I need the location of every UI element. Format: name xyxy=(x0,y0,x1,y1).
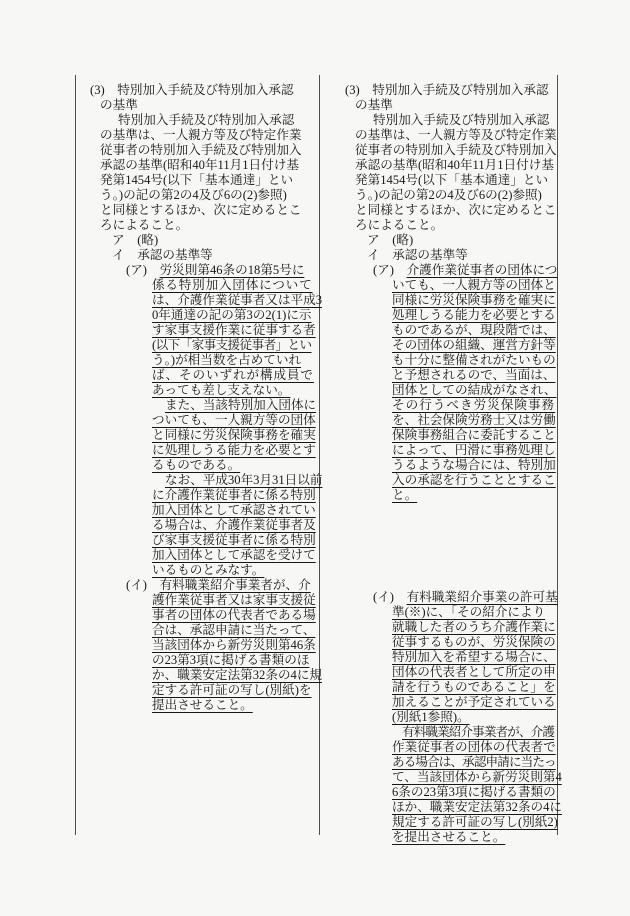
text-line: 従事者の特別加入手続及び特別加入 xyxy=(345,143,556,158)
underlined-text-segment: 有料職業紹介事業者が、介 xyxy=(160,578,311,592)
underlined-text-segment: 提出させること。 xyxy=(152,698,253,712)
text-line: 係る特別加入団体について xyxy=(90,278,318,293)
text-line: 有料職業紹介事業者が、介護 xyxy=(345,725,556,740)
text-line: 当該団体から新労災則第46条 xyxy=(90,638,318,653)
underlined-text-segment: と同様に労災保険事務を確実 xyxy=(152,428,316,442)
text-line: ば、そのいずれが構成員で xyxy=(90,368,318,383)
underlined-text-segment: 加入団体として承認を受けて xyxy=(152,548,316,562)
underlined-text-segment: 合は、承認申請に当たって、 xyxy=(152,623,315,637)
text-line: 加入団体として承認されてい xyxy=(90,503,318,518)
text-segment: ア (略) xyxy=(367,233,413,247)
text-line: るものである。 xyxy=(90,458,318,473)
text-segment: 従事者の特別加入手続及び特別加入 xyxy=(100,143,302,157)
text-line: 請を行うものであること」を xyxy=(345,680,556,695)
text-line: 合は、承認申請に当たって、 xyxy=(90,623,318,638)
text-segment: 発第1454号(以下「基本通達」とい xyxy=(100,173,293,187)
text-segment: う。)の記の第2の4及び6の(2)参照) xyxy=(100,188,287,202)
underlined-text-segment: あっても差し支えない。 xyxy=(152,383,290,397)
text-line: う。)の記の第2の4及び6の(2)参照) xyxy=(345,188,556,203)
text-line: 団体の代表者として所定の申 xyxy=(345,665,556,680)
text-line: か、職業安定法第32条の4に規 xyxy=(90,668,318,683)
text-segment: ろによること。 xyxy=(355,218,443,232)
underlined-text-segment: ほか、職業安定法第32条の4に xyxy=(392,800,562,814)
underlined-text-segment: 入の承認を行うこととするこ xyxy=(392,473,556,487)
text-line: の基準 xyxy=(90,98,318,113)
underlined-text-segment: 就職した者のうち介護作業に xyxy=(392,620,556,634)
underlined-text-segment: は、介護作業従事者又は平成3 xyxy=(152,293,322,307)
underlined-text-segment: その行うべき労災保険事務 xyxy=(392,398,555,412)
text-line: 6条の23第3項に掲げる書類の xyxy=(345,785,556,800)
text-segment: の基準 xyxy=(355,98,393,112)
text-line: 入の承認を行うこととするこ xyxy=(345,473,556,488)
text-line: 準(※)に、「その紹介により xyxy=(345,605,556,620)
text-line: 特別加入を希望する場合に、 xyxy=(345,650,556,665)
text-line: 団体としての結成がなされ、 xyxy=(345,383,556,398)
underlined-text-segment: 有料職業紹介事業者が、介護 xyxy=(402,725,554,739)
text-line: 特別加入手続及び特別加入承認 xyxy=(90,113,318,128)
text-line: (イ) 有料職業紹介事業者が、介 xyxy=(90,578,318,593)
text-line: (イ) 有料職業紹介事業の許可基 xyxy=(345,590,556,605)
underlined-text-segment: 処理しうる能力を必要とする xyxy=(392,308,556,322)
text-line: と。 xyxy=(345,488,556,503)
text-line: び家事支援従事者に係る特別 xyxy=(90,533,318,548)
text-line: に処理しうる能力を必要とす xyxy=(90,443,318,458)
text-line: ろによること。 xyxy=(345,218,556,233)
text-line: う。)が相当数を占めていれ xyxy=(90,353,318,368)
underlined-text-segment: と。 xyxy=(392,488,417,502)
text-segment: (3) 特別加入手続及び特別加入承認 xyxy=(345,83,549,97)
text-line: (別紙1参照)。 xyxy=(345,710,556,725)
underlined-text-segment: 従事するものが、労災保険の xyxy=(392,635,556,649)
underlined-text-segment: その団体の組織、運営方針等 xyxy=(392,338,556,352)
text-line: ア (略) xyxy=(345,233,556,248)
underlined-text-segment: 団体の代表者として所定の申 xyxy=(392,665,556,679)
text-segment: イ 承認の基準等 xyxy=(112,248,213,262)
text-line: 加えることが予定されている xyxy=(345,695,556,710)
text-line: 承認の基準(昭和40年11月1日付け基 xyxy=(90,158,318,173)
underlined-text-segment: す家事支援作業に従事する者 xyxy=(152,323,316,337)
underlined-text-segment: いても、一人親方等の団体と xyxy=(392,278,556,292)
text-line: その団体の組織、運営方針等 xyxy=(345,338,556,353)
underlined-text-segment: か、職業安定法第32条の4に規 xyxy=(152,668,322,682)
text-segment: 発第1454号(以下「基本通達」とい xyxy=(355,173,548,187)
underlined-text-segment: 加えることが予定されている xyxy=(392,695,556,709)
text-line: う。)の記の第2の4及び6の(2)参照) xyxy=(90,188,318,203)
text-line: (ア) 介護作業従事者の団体につ xyxy=(345,263,556,278)
text-line: 0年通達の記の第3の2(1)に示 xyxy=(90,308,318,323)
underlined-text-segment: 当該団体から新労災則第46条 xyxy=(152,638,316,652)
underlined-text-segment: も十分に整備されがたいもの xyxy=(392,353,556,367)
text-line: と同様に労災保険事務を確実 xyxy=(90,428,318,443)
text-line: 事者の団体の代表者である場 xyxy=(90,608,318,623)
underlined-text-segment: 特別加入を希望する場合に、 xyxy=(392,650,556,664)
text-line: の基準 xyxy=(345,98,556,113)
text-line: ア (略) xyxy=(90,233,318,248)
text-line: イ 承認の基準等 xyxy=(90,248,318,263)
left-column-rule xyxy=(75,75,76,835)
text-line: 発第1454号(以下「基本通達」とい xyxy=(345,173,556,188)
text-line: うるような場合には、特別加 xyxy=(345,458,556,473)
underlined-text-segment: 加入団体として承認されてい xyxy=(152,503,316,517)
underlined-text-segment: 労災則第46条の18第5号に xyxy=(160,263,305,277)
text-line: と同様とするほか、次に定めるとこ xyxy=(345,203,556,218)
text-segment: の基準は、一人親方等及び特定作業 xyxy=(100,128,302,142)
underlined-text-segment: 有料職業紹介事業の許可基 xyxy=(407,590,558,604)
underlined-text-segment: るものである。 xyxy=(152,458,240,472)
underlined-text-segment: 0年通達の記の第3の2(1)に示 xyxy=(152,308,312,322)
text-line: て、当該団体から新労災則第4 xyxy=(345,770,556,785)
text-line: も十分に整備されがたいもの xyxy=(345,353,556,368)
text-line: 定する許可証の写し(別紙)を xyxy=(90,683,318,698)
text-line: (ア) 労災則第46条の18第5号に xyxy=(90,263,318,278)
text-segment: 承認の基準(昭和40年11月1日付け基 xyxy=(100,158,299,172)
text-line: 同様に労災保険事務を確実に xyxy=(345,293,556,308)
underlined-text-segment: ついても、一人親方等の団体 xyxy=(152,413,316,427)
text-line: の23第3項に掲げる書類のほ xyxy=(90,653,318,668)
text-line: いても、一人親方等の団体と xyxy=(345,278,556,293)
text-segment: と同様とするほか、次に定めるとこ xyxy=(355,203,557,217)
text-line: (以下「家事支援従事者」とい xyxy=(90,338,318,353)
text-line: 就職した者のうち介護作業に xyxy=(345,620,556,635)
underlined-text-segment: によって、円滑に事務処理し xyxy=(392,443,555,457)
text-segment: 特別加入手続及び特別加入承認 xyxy=(118,113,294,127)
text-line: 従事者の特別加入手続及び特別加入 xyxy=(90,143,318,158)
text-segment: と同様とするほか、次に定めるとこ xyxy=(100,203,302,217)
underlined-text-segment: (別紙1参照)。 xyxy=(392,710,470,724)
text-segment: イ 承認の基準等 xyxy=(367,248,468,262)
text-line: イ 承認の基準等 xyxy=(345,248,556,263)
column-divider-rule xyxy=(319,75,320,835)
underlined-text-segment: いるものとみなす。 xyxy=(152,563,264,577)
text-line: は、介護作業従事者又は平成3 xyxy=(90,293,318,308)
underlined-text-segment: 事者の団体の代表者である場 xyxy=(152,608,316,622)
underlined-text-segment: を、社会保険労務士又は労働 xyxy=(392,413,556,427)
text-line: なお、平成30年3月31日以前 xyxy=(90,473,318,488)
text-line: の基準は、一人親方等及び特定作業 xyxy=(345,128,556,143)
underlined-text-segment: 規定する許可証の写し(別紙2) xyxy=(392,815,558,829)
right-column-rule xyxy=(557,75,558,835)
text-line: によって、円滑に事務処理し xyxy=(345,443,556,458)
text-segment: 承認の基準(昭和40年11月1日付け基 xyxy=(355,158,554,172)
underlined-text-segment: 団体としての結成がなされ、 xyxy=(392,383,556,397)
text-segment: ア (略) xyxy=(112,233,158,247)
text-line: また、当該特別加入団体に xyxy=(90,398,318,413)
text-segment: 特別加入手続及び特別加入承認 xyxy=(373,113,549,127)
right-text-column: (3) 特別加入手続及び特別加入承認の基準特別加入手続及び特別加入承認の基準は、… xyxy=(345,83,556,845)
underlined-text-segment: 介護作業従事者の団体につ xyxy=(407,263,558,277)
text-line: 加入団体として承認を受けて xyxy=(90,548,318,563)
underlined-text-segment: 準(※)に、「その紹介により xyxy=(392,605,545,619)
text-line: と予想されるので、当面は、 xyxy=(345,368,556,383)
underlined-text-segment: の23第3項に掲げる書類のほ xyxy=(152,653,309,667)
text-line: 従事するものが、労災保険の xyxy=(345,635,556,650)
text-segment: (ア) xyxy=(126,263,160,277)
underlined-text-segment: と予想されるので、当面は、 xyxy=(392,368,555,382)
underlined-text-segment: び家事支援従事者に係る特別 xyxy=(152,533,316,547)
text-segment: (イ) xyxy=(373,590,407,604)
text-line: 発第1454号(以下「基本通達」とい xyxy=(90,173,318,188)
text-line: ついても、一人親方等の団体 xyxy=(90,413,318,428)
underlined-text-segment: に処理しうる能力を必要とす xyxy=(152,443,316,457)
text-segment: の基準は、一人親方等及び特定作業 xyxy=(355,128,557,142)
text-line: 規定する許可証の写し(別紙2) xyxy=(345,815,556,830)
text-line: を提出させること。 xyxy=(345,830,556,845)
text-line: (3) 特別加入手続及び特別加入承認 xyxy=(345,83,556,98)
text-segment: (3) 特別加入手続及び特別加入承認 xyxy=(90,83,294,97)
underlined-text-segment: 保険事務組合に委託すること xyxy=(392,428,556,442)
text-line: 特別加入手続及び特別加入承認 xyxy=(345,113,556,128)
text-line: ものであるが、現段階では、 xyxy=(345,323,556,338)
text-segment: 従事者の特別加入手続及び特別加入 xyxy=(355,143,557,157)
text-line: と同様とするほか、次に定めるとこ xyxy=(90,203,318,218)
text-line: (3) 特別加入手続及び特別加入承認 xyxy=(90,83,318,98)
document-page: (3) 特別加入手続及び特別加入承認の基準特別加入手続及び特別加入承認の基準は、… xyxy=(0,0,630,916)
underlined-text-segment: る場合は、介護作業従事者及 xyxy=(152,518,316,532)
underlined-text-segment: 同様に労災保険事務を確実に xyxy=(392,293,556,307)
paragraph-gap xyxy=(345,503,556,590)
text-line: 作業従事者の団体の代表者で xyxy=(345,740,556,755)
text-line: る場合は、介護作業従事者及 xyxy=(90,518,318,533)
underlined-text-segment: (以下「家事支援従事者」とい xyxy=(152,338,312,352)
text-line: いるものとみなす。 xyxy=(90,563,318,578)
text-segment: (ア) xyxy=(373,263,407,277)
text-line: 提出させること。 xyxy=(90,698,318,713)
text-line: 承認の基準(昭和40年11月1日付け基 xyxy=(345,158,556,173)
underlined-text-segment: 護作業従事者又は家事支援従 xyxy=(152,593,316,607)
underlined-text-segment: 定する許可証の写し(別紙)を xyxy=(152,683,312,697)
underlined-text-segment: なお、平成30年3月31日以前 xyxy=(165,473,322,487)
left-text-column: (3) 特別加入手続及び特別加入承認の基準特別加入手続及び特別加入承認の基準は、… xyxy=(90,83,318,713)
text-line: ろによること。 xyxy=(90,218,318,233)
underlined-text-segment: ものであるが、現段階では、 xyxy=(392,323,556,337)
underlined-text-segment: また、当該特別加入団体に xyxy=(165,398,316,412)
underlined-text-segment: う。)が相当数を占めていれ xyxy=(152,353,301,367)
underlined-text-segment: ある場合は、承認申請に当たっ xyxy=(392,755,556,769)
underlined-text-segment: 作業従事者の団体の代表者で xyxy=(392,740,556,754)
underlined-text-segment: ば、そのいずれが構成員で xyxy=(152,368,314,382)
text-line: の基準は、一人親方等及び特定作業 xyxy=(90,128,318,143)
text-line: 保険事務組合に委託すること xyxy=(345,428,556,443)
underlined-text-segment: に介護作業従事者に係る特別 xyxy=(152,488,316,502)
text-segment: ろによること。 xyxy=(100,218,188,232)
text-segment: う。)の記の第2の4及び6の(2)参照) xyxy=(355,188,542,202)
text-line: に介護作業従事者に係る特別 xyxy=(90,488,318,503)
text-line: あっても差し支えない。 xyxy=(90,383,318,398)
text-line: す家事支援作業に従事する者 xyxy=(90,323,318,338)
underlined-text-segment: 請を行うものであること」を xyxy=(392,680,556,694)
underlined-text-segment: うるような場合には、特別加 xyxy=(392,458,556,472)
underlined-text-segment: て、当該団体から新労災則第4 xyxy=(392,770,562,784)
text-line: 護作業従事者又は家事支援従 xyxy=(90,593,318,608)
text-segment: の基準 xyxy=(100,98,138,112)
underlined-text-segment: 係る特別加入団体について xyxy=(152,278,312,292)
text-segment: (イ) xyxy=(126,578,160,592)
text-line: 処理しうる能力を必要とする xyxy=(345,308,556,323)
text-line: を、社会保険労務士又は労働 xyxy=(345,413,556,428)
underlined-text-segment: を提出させること。 xyxy=(392,830,505,844)
text-line: その行うべき労災保険事務 xyxy=(345,398,556,413)
underlined-text-segment: 6条の23第3項に掲げる書類の xyxy=(392,785,556,799)
text-line: ある場合は、承認申請に当たっ xyxy=(345,755,556,770)
text-line: ほか、職業安定法第32条の4に xyxy=(345,800,556,815)
